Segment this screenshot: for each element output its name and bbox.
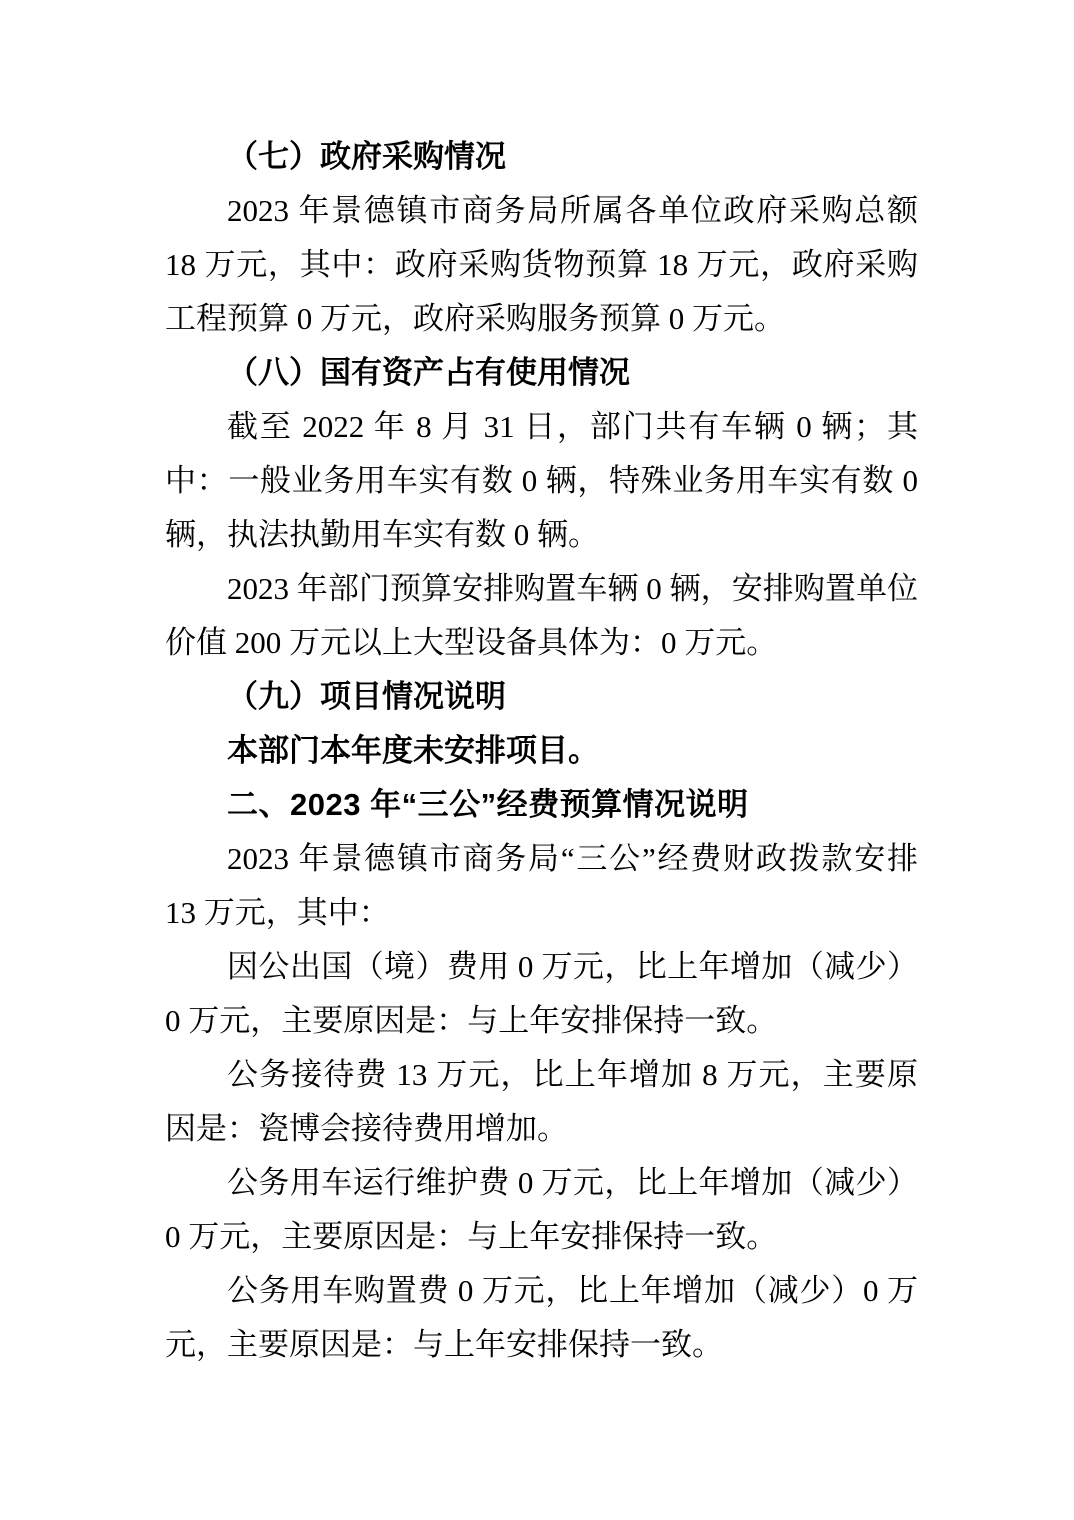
- para-vehicle-purchase: 公务用车购置费 0 万元，比上年增加（减少）0 万元，主要原因是：与上年安排保持…: [165, 1264, 918, 1372]
- para-vehicles-budget: 2023 年部门预算安排购置车辆 0 辆，安排购置单位价值 200 万元以上大型…: [165, 562, 918, 670]
- heading-three-public-expenses: 二、2023 年“三公”经费预算情况说明: [165, 778, 918, 832]
- heading-gov-procurement: （七）政府采购情况: [165, 130, 918, 184]
- heading-state-assets: （八）国有资产占有使用情况: [165, 346, 918, 400]
- para-overseas-trips: 因公出国（境）费用 0 万元，比上年增加（减少）0 万元，主要原因是：与上年安排…: [165, 940, 918, 1048]
- heading-project-info: （九）项目情况说明: [165, 670, 918, 724]
- para-vehicles-current: 截至 2022 年 8 月 31 日，部门共有车辆 0 辆；其中：一般业务用车实…: [165, 400, 918, 562]
- document-page: （七）政府采购情况 2023 年景德镇市商务局所属各单位政府采购总额 18 万元…: [0, 0, 1074, 1520]
- para-three-public-total: 2023 年景德镇市商务局“三公”经费财政拨款安排 13 万元，其中：: [165, 832, 918, 940]
- para-vehicle-maintenance: 公务用车运行维护费 0 万元，比上年增加（减少）0 万元，主要原因是：与上年安排…: [165, 1156, 918, 1264]
- para-official-reception: 公务接待费 13 万元，比上年增加 8 万元，主要原因是：瓷博会接待费用增加。: [165, 1048, 918, 1156]
- para-no-projects: 本部门本年度未安排项目。: [165, 724, 918, 778]
- para-gov-procurement-totals: 2023 年景德镇市商务局所属各单位政府采购总额 18 万元，其中：政府采购货物…: [165, 184, 918, 346]
